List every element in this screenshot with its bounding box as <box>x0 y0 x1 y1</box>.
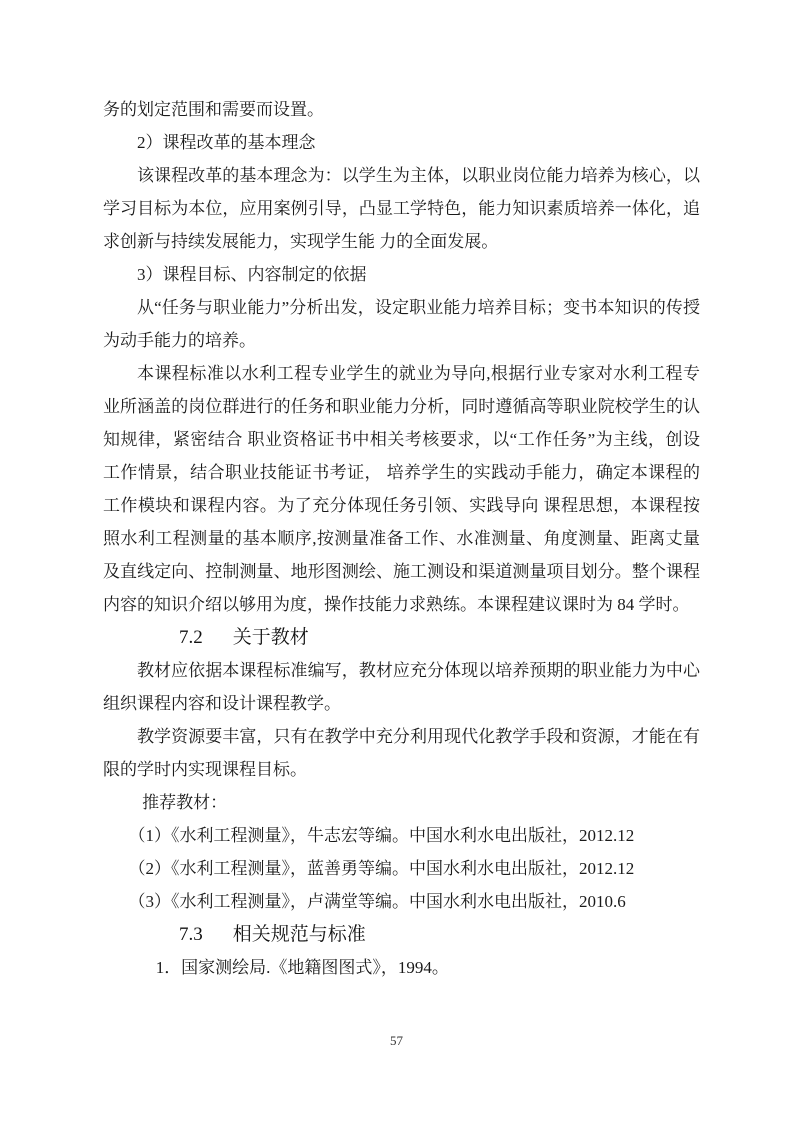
page-number: 57 <box>0 1032 793 1050</box>
book-item-2: （2）《水利工程测量》，蓝善勇等编。中国水利水电出版社，2012.12 <box>103 852 700 885</box>
recommended-textbooks-label: 推荐教材： <box>103 786 700 819</box>
section-7-3-title: 相关规范与标准 <box>233 924 366 945</box>
section-7-2-title: 关于教材 <box>233 627 309 648</box>
paragraph-reform-concept: 该课程改革的基本理念为：以学生为主体，以职业岗位能力培养为核心，以学习目标为本位… <box>103 159 700 258</box>
section-7-2-number: 7.2 <box>141 621 203 654</box>
document-page: 务的划定范围和需要而设置。 2）课程改革的基本理念 该课程改革的基本理念为：以学… <box>0 0 793 1122</box>
list-item-3-heading: 3）课程目标、内容制定的依据 <box>103 258 700 291</box>
paragraph-goal-basis: 从“任务与职业能力”分析出发，设定职业能力培养目标；变书本知识的传授为动手能力的… <box>103 291 700 357</box>
book-item-3: （3）《水利工程测量》，卢满堂等编。中国水利水电出版社，2010.6 <box>103 885 700 918</box>
section-heading-7-3: 7.3相关规范与标准 <box>103 918 700 951</box>
list-item-2-heading: 2）课程改革的基本理念 <box>103 126 700 159</box>
paragraph-teaching-resources: 教学资源要丰富，只有在教学中充分利用现代化教学手段和资源，才能在有限的学时内实现… <box>103 720 700 786</box>
paragraph-course-standard: 本课程标准以水利工程专业学生的就业为导向,根据行业专家对水利工程专业所涵盖的岗位… <box>103 357 700 621</box>
reference-item-1: 1．国家测绘局.《地籍图图式》，1994。 <box>103 951 700 984</box>
section-heading-7-2: 7.2关于教材 <box>103 621 700 654</box>
document-body: 务的划定范围和需要而设置。 2）课程改革的基本理念 该课程改革的基本理念为：以学… <box>103 93 700 984</box>
section-7-3-number: 7.3 <box>141 918 203 951</box>
paragraph-scope-tail: 务的划定范围和需要而设置。 <box>103 93 700 126</box>
book-item-1: （1）《水利工程测量》，牛志宏等编。中国水利水电出版社，2012.12 <box>103 819 700 852</box>
paragraph-textbook-requirement: 教材应依据本课程标准编写，教材应充分体现以培养预期的职业能力为中心组织课程内容和… <box>103 654 700 720</box>
